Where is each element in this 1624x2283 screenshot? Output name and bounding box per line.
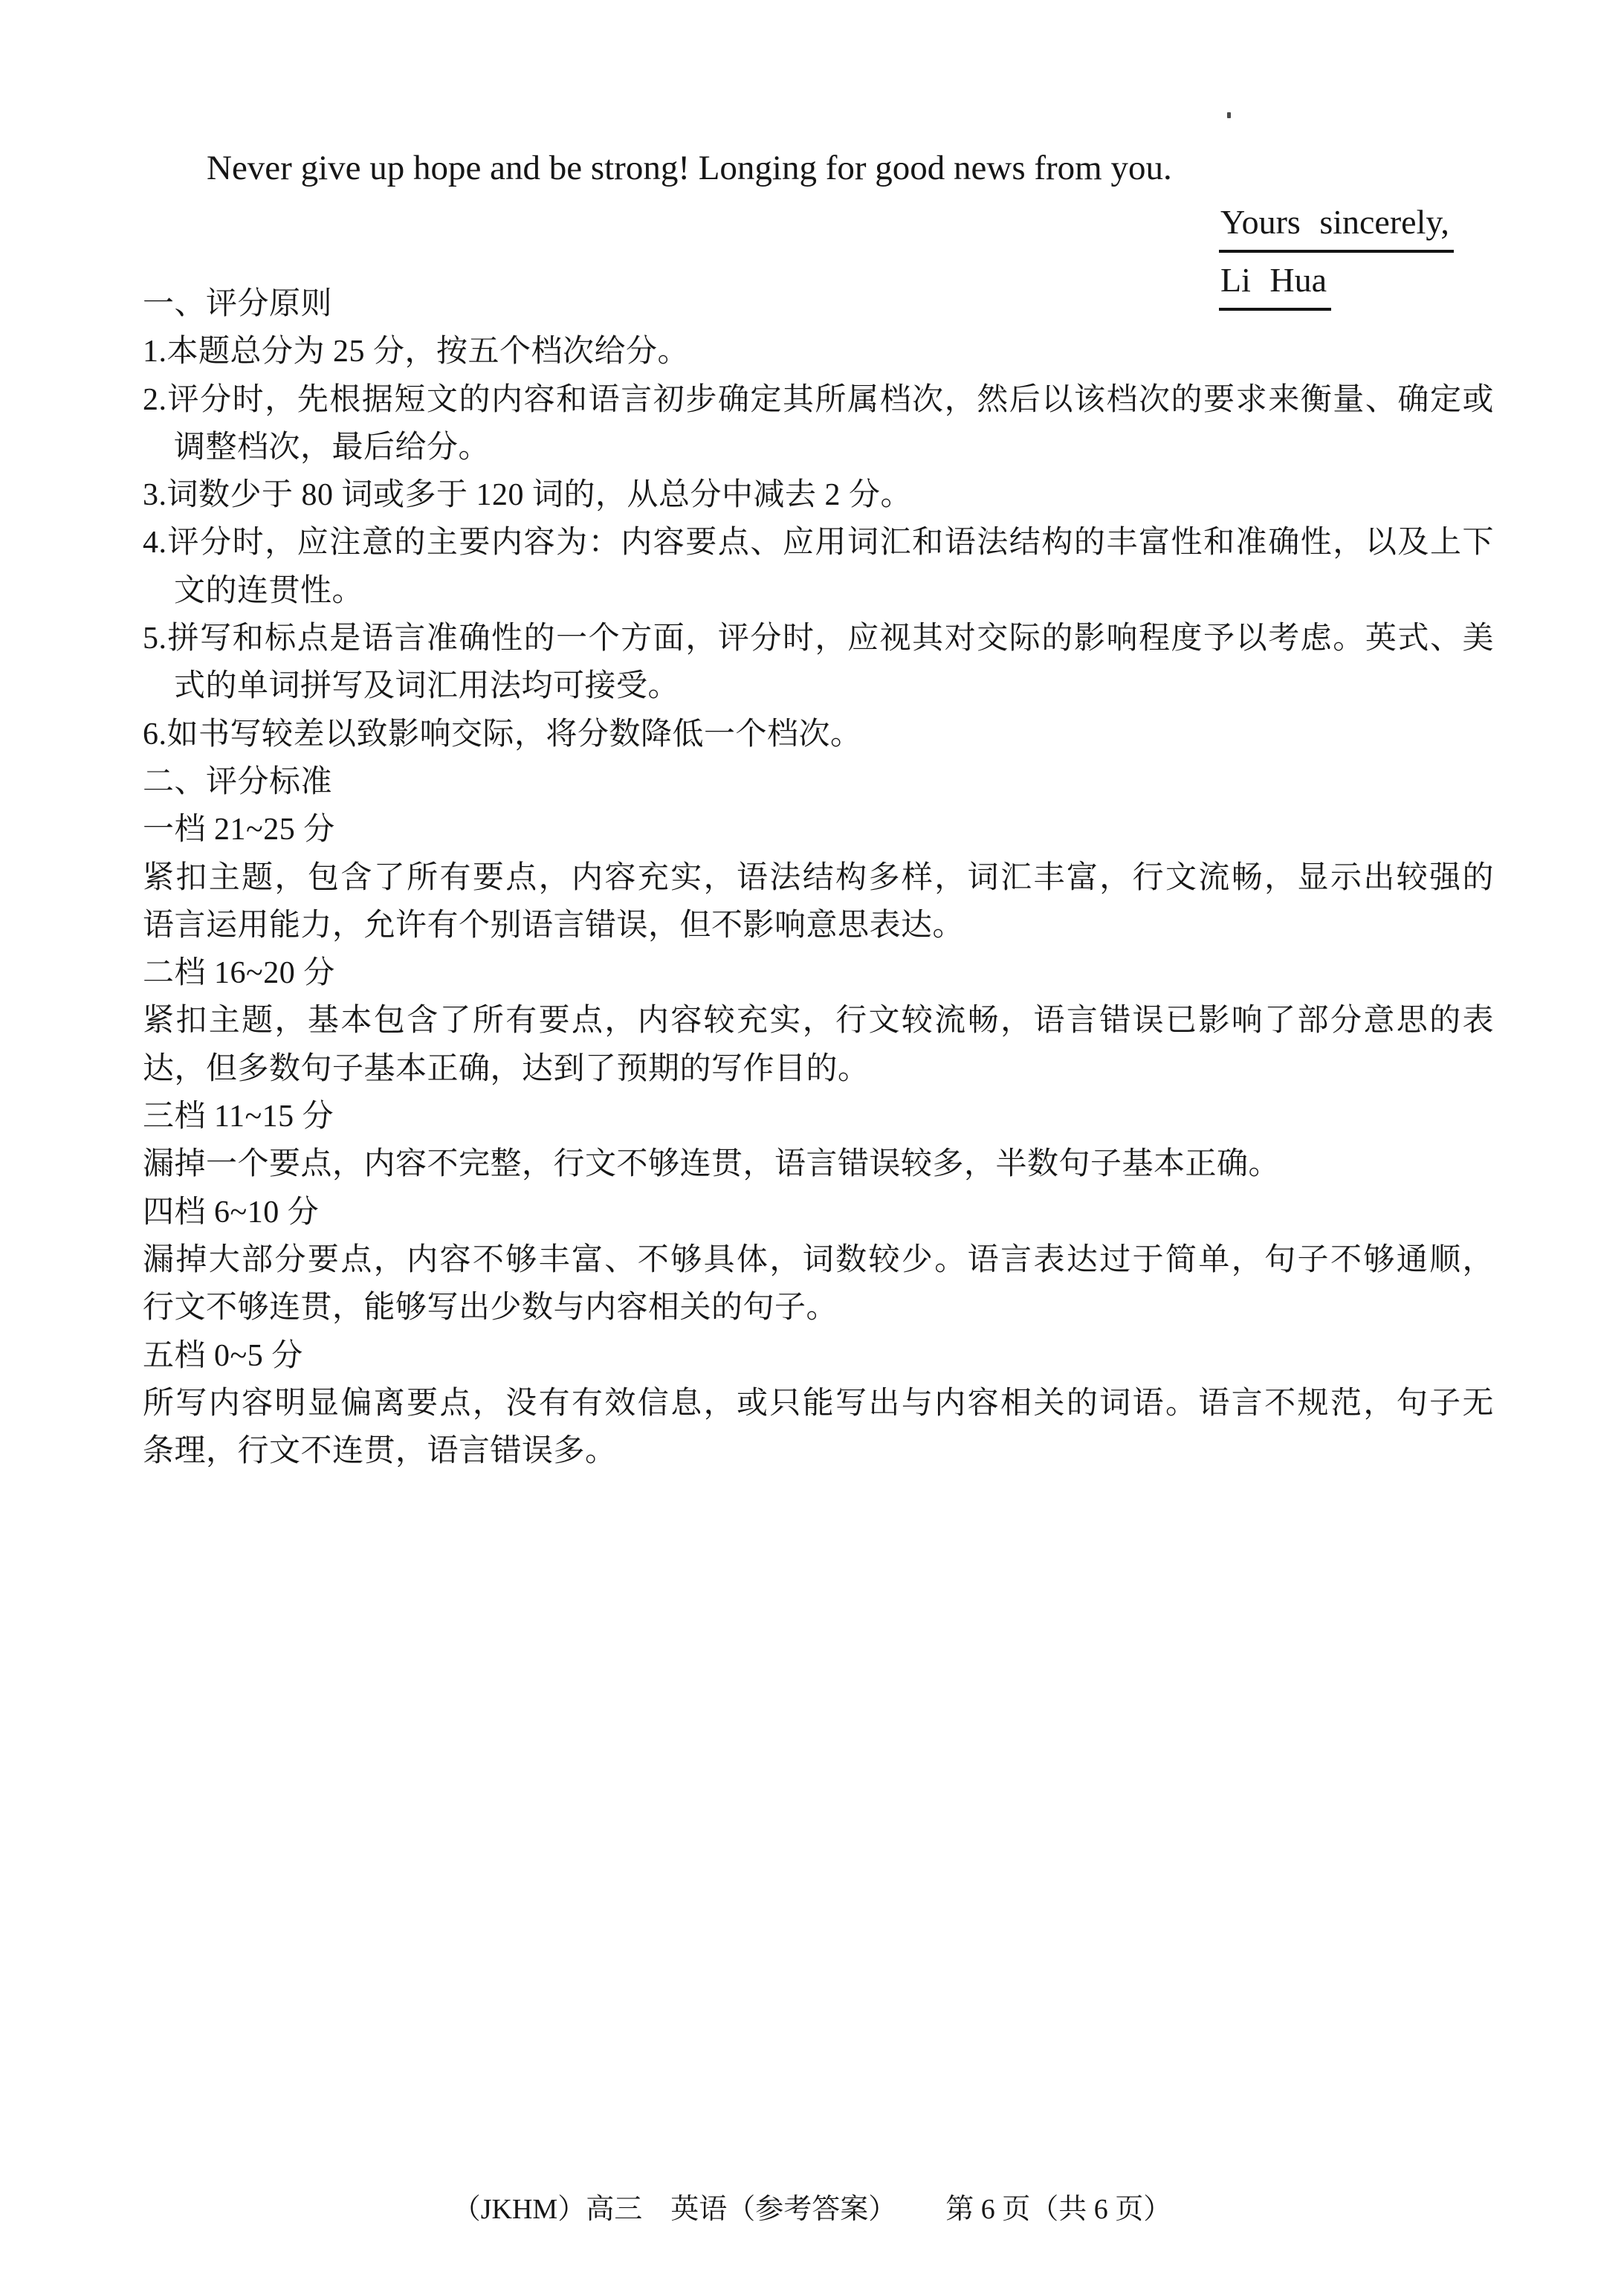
principle-1: 1.本题总分为 25 分，按五个档次给分。 (143, 328, 1494, 375)
band-2-desc-line-1: 紧扣主题，基本包含了所有要点，内容较充实，行文较流畅，语言错误已影响了部分意思的… (143, 997, 1494, 1044)
section-title-scoring-standards: 二、评分标准 (143, 758, 1494, 806)
band-4-range: 四档 6~10 分 (143, 1189, 1494, 1236)
scan-artifact-dot (1227, 112, 1231, 118)
band-5-desc-line-1: 所写内容明显偏离要点，没有有效信息，或只能写出与内容相关的词语。语言不规范，句子… (143, 1380, 1494, 1427)
letter-closing-line: Never give up hope and be strong! Longin… (207, 146, 1172, 190)
principle-3: 3.词数少于 80 词或多于 120 词的，从总分中减去 2 分。 (143, 471, 1494, 519)
band-2-desc-line-2: 达，但多数句子基本正确，达到了预期的写作目的。 (143, 1045, 1494, 1093)
band-1-desc-line-2: 语言运用能力，允许有个别语言错误，但不影响意思表达。 (143, 902, 1494, 949)
band-4-desc-line-1: 漏掉大部分要点，内容不够丰富、不够具体，词数较少。语言表达过于简单，句子不够通顺… (143, 1236, 1494, 1284)
principle-6: 6.如书写较差以致影响交际，将分数降低一个档次。 (143, 711, 1494, 758)
band-3-range: 三档 11~15 分 (143, 1093, 1494, 1140)
principle-4-line-2: 文的连贯性。 (143, 567, 1494, 615)
band-5-range: 五档 0~5 分 (143, 1332, 1494, 1380)
document-page: Never give up hope and be strong! Longin… (0, 0, 1624, 2283)
band-4-desc-line-2: 行文不够连贯，能够写出少数与内容相关的句子。 (143, 1284, 1494, 1331)
principle-4-line-1: 4.评分时，应注意的主要内容为：内容要点、应用词汇和语法结构的丰富性和准确性，以… (143, 519, 1494, 566)
principle-2-line-2: 调整档次，最后给分。 (143, 424, 1494, 471)
band-2-range: 二档 16~20 分 (143, 949, 1494, 997)
band-5-desc-line-2: 条理，行文不连贯，语言错误多。 (143, 1427, 1494, 1475)
signature-closing: Yours sincerely, (1219, 195, 1454, 253)
principle-5-line-2: 式的单词拼写及词汇用法均可接受。 (143, 662, 1494, 710)
band-3-desc: 漏掉一个要点，内容不完整，行文不够连贯，语言错误较多，半数句子基本正确。 (143, 1140, 1494, 1188)
footer-doc-label: （JKHM）高三 英语（参考答案） (453, 2192, 896, 2227)
footer-page-label: 第 6 页（共 6 页） (945, 2192, 1171, 2227)
principle-5-line-1: 5.拼写和标点是语言准确性的一个方面，评分时，应视其对交际的影响程度予以考虑。英… (143, 615, 1494, 662)
principle-2-line-1: 2.评分时，先根据短文的内容和语言初步确定其所属档次，然后以该档次的要求来衡量、… (143, 376, 1494, 424)
band-1-desc-line-1: 紧扣主题，包含了所有要点，内容充实，语法结构多样，词汇丰富，行文流畅，显示出较强… (143, 854, 1494, 902)
page-footer: （JKHM）高三 英语（参考答案） 第 6 页（共 6 页） (0, 2192, 1624, 2227)
band-1-range: 一档 21~25 分 (143, 806, 1494, 853)
scoring-rubric-text: 一、评分原则 1.本题总分为 25 分，按五个档次给分。 2.评分时，先根据短文… (143, 280, 1494, 1475)
section-title-scoring-principles: 一、评分原则 (143, 280, 1494, 328)
